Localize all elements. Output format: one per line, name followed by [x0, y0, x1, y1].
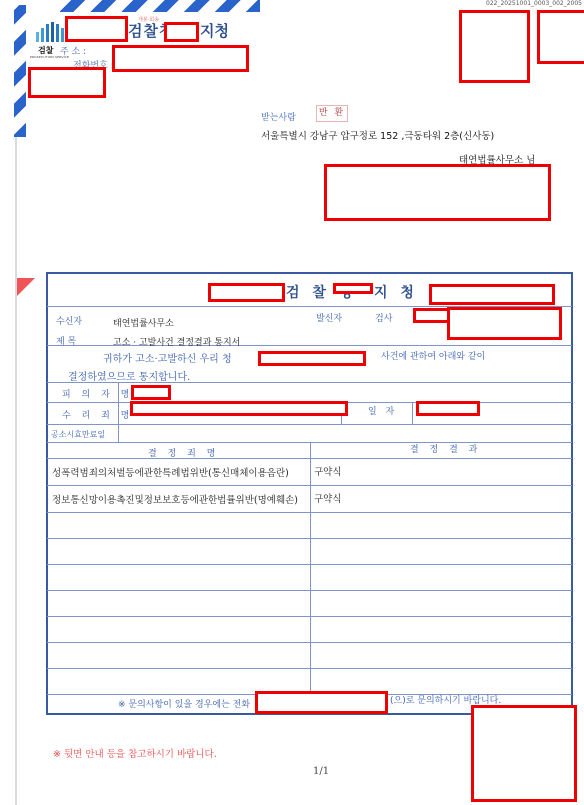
receiver-value: 태연법률사무소	[113, 316, 174, 329]
receiver-label: 수신자	[56, 314, 82, 327]
redaction	[258, 351, 366, 366]
date-label: 일 자	[368, 404, 397, 417]
col-decision-charge: 결 정 죄 명	[148, 446, 219, 459]
envelope-stripes-top	[60, 0, 260, 12]
redaction	[28, 67, 106, 98]
redaction	[471, 705, 577, 802]
body-line-1-end: 사건에 관하여 아래와 같이	[381, 349, 485, 362]
redaction	[447, 307, 562, 340]
address-label: 주 소 :	[60, 44, 86, 57]
redaction	[324, 164, 551, 221]
redaction	[130, 401, 348, 416]
decision-row-2-result: 구약식	[314, 491, 342, 505]
sender-role: 검사	[375, 311, 392, 324]
decision-row-2-charge: 정보통신망이용촉진및정보보호등에관한법률위반(명예훼손)	[52, 492, 298, 506]
body-line-1: 귀하가 고소·고발하신 우리 청	[103, 350, 232, 365]
subject-label: 제 목	[56, 334, 76, 347]
return-stamp: 반 환	[316, 105, 348, 122]
redaction	[112, 45, 249, 72]
redaction	[416, 401, 480, 416]
suspect-label: 피 의 자 명	[62, 387, 133, 400]
back-page-note: ※ 뒷면 안내 등을 참고하시기 바랍니다.	[53, 746, 217, 760]
red-corner-mark	[17, 278, 35, 296]
page-number: 1/1	[313, 766, 329, 777]
col-decision-result: 결 정 결 과	[410, 442, 481, 455]
notice-title-suffix: 지 청	[374, 282, 418, 302]
redaction	[131, 385, 171, 400]
redaction	[537, 10, 584, 64]
redaction	[459, 10, 530, 83]
redaction	[208, 283, 285, 302]
decision-row-1-charge: 성폭력범죄의처벌등에관한특례법위반(통신매체이용음란)	[52, 465, 289, 479]
decision-row-1-result: 구약식	[314, 464, 342, 478]
redaction	[65, 16, 128, 42]
redaction	[333, 283, 373, 294]
subject-value: 고소 · 고발사건 결정결과 통지서	[113, 335, 240, 348]
redaction	[255, 691, 388, 714]
redaction	[413, 308, 451, 323]
envelope-stripes-left	[14, 5, 26, 137]
file-code: 022_20251001_0003_002_2005	[486, 0, 582, 7]
envelope-sender-suffix: 지청	[200, 20, 229, 41]
recipient-address: 서울특별시 강남구 압구정로 152 ,극동타워 2층(신사동)	[261, 128, 494, 142]
recipient-label: 받는사람	[261, 110, 296, 123]
statute-expiry-label: 공소시효만료일	[51, 429, 105, 440]
inquiry-prefix: ※ 문의사항이 있을 경우에는 전화	[118, 697, 250, 710]
redaction	[429, 284, 555, 305]
charge-label: 수 리 죄 명	[62, 408, 133, 421]
sender-label: 발신자	[316, 311, 342, 324]
prosecution-logo-icon	[36, 22, 64, 42]
body-line-2: 결정하였으므로 통지합니다.	[68, 368, 190, 383]
redaction	[164, 22, 199, 42]
